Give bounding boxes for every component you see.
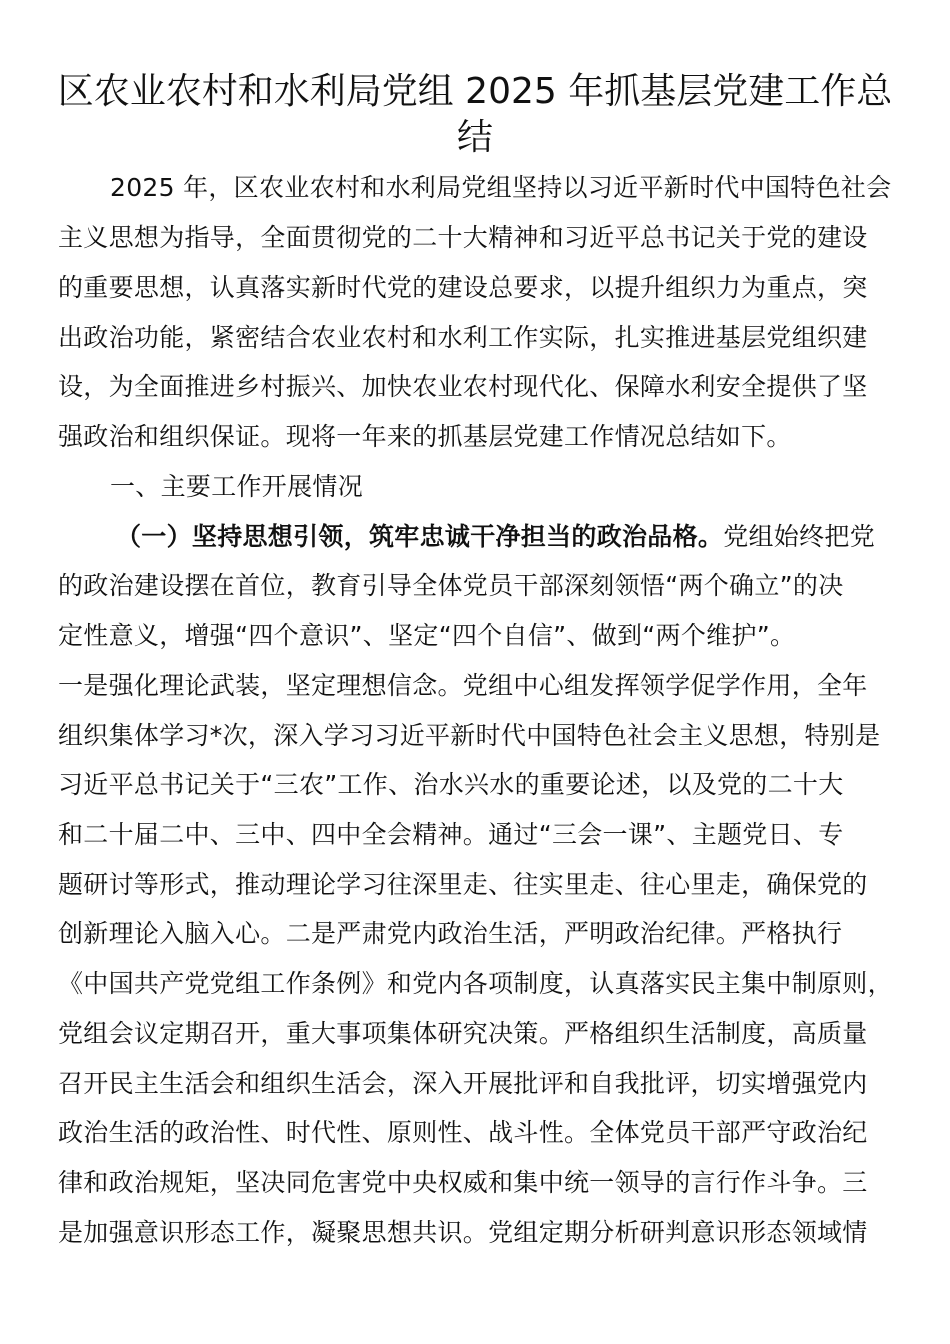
intro-line-3: 的重要思想，认真落实新时代党的建设总要求，以提升组织力为重点，突 [58, 272, 888, 304]
subsection-heading: （一）坚持思想引领，筑牢忠诚干净担当的政治品格。 [116, 522, 723, 551]
body-line: 政治生活的政治性、时代性、原则性、战斗性。全体党员干部严守政治纪 [58, 1117, 888, 1149]
body-line: 一是强化理论武装，坚定理想信念。党组中心组发挥领学促学作用，全年 [58, 670, 888, 702]
section-heading: 一、主要工作开展情况 [110, 471, 940, 503]
body-line: 是加强意识形态工作，凝聚思想共识。党组定期分析研判意识形态领域情 [58, 1217, 888, 1249]
document-title-line-2: 结 [40, 116, 910, 160]
subsection-first-line-rest: 党组始终把党 [723, 522, 875, 551]
body-line: 组织集体学习*次，深入学习习近平新时代中国特色社会主义思想，特别是 [58, 720, 888, 752]
document-title-line-1: 区农业农村和水利局党组 2025 年抓基层党建工作总 [40, 70, 910, 114]
body-line: 《中国共产党党组工作条例》和党内各项制度，认真落实民主集中制原则， [58, 968, 888, 1000]
body-line: 题研讨等形式，推动理论学习往深里走、往实里走、往心里走，确保党的 [58, 869, 888, 901]
body-line: 的政治建设摆在首位，教育引导全体党员干部深刻领悟“两个确立”的决 [58, 570, 888, 602]
intro-line-5: 设，为全面推进乡村振兴、加快农业农村现代化、保障水利安全提供了坚 [58, 371, 888, 403]
body-line: 党组会议定期召开，重大事项集体研究决策。严格组织生活制度，高质量 [58, 1018, 888, 1050]
body-line: 创新理论入脑入心。二是严肃党内政治生活，严明政治纪律。严格执行 [58, 918, 888, 950]
intro-line-6: 强政治和组织保证。现将一年来的抓基层党建工作情况总结如下。 [58, 421, 888, 453]
intro-line-1: 2025 年，区农业农村和水利局党组坚持以习近平新时代中国特色社会 [110, 172, 940, 204]
subsection-first-line: （一）坚持思想引领，筑牢忠诚干净担当的政治品格。党组始终把党 [116, 521, 946, 553]
intro-line-4: 出政治功能，紧密结合农业农村和水利工作实际，扎实推进基层党组织建 [58, 322, 888, 354]
document-page: 区农业农村和水利局党组 2025 年抓基层党建工作总 结 2025 年，区农业农… [0, 0, 950, 1344]
body-line: 和二十届二中、三中、四中全会精神。通过“三会一课”、主题党日、专 [58, 819, 888, 851]
body-line: 律和政治规矩，坚决同危害党中央权威和集中统一领导的言行作斗争。三 [58, 1167, 888, 1199]
intro-line-2: 主义思想为指导，全面贯彻党的二十大精神和习近平总书记关于党的建设 [58, 222, 888, 254]
body-line: 习近平总书记关于“三农”工作、治水兴水的重要论述，以及党的二十大 [58, 769, 888, 801]
body-line: 召开民主生活会和组织生活会，深入开展批评和自我批评，切实增强党内 [58, 1068, 888, 1100]
body-line: 定性意义，增强“四个意识”、坚定“四个自信”、做到“两个维护”。 [58, 620, 888, 652]
